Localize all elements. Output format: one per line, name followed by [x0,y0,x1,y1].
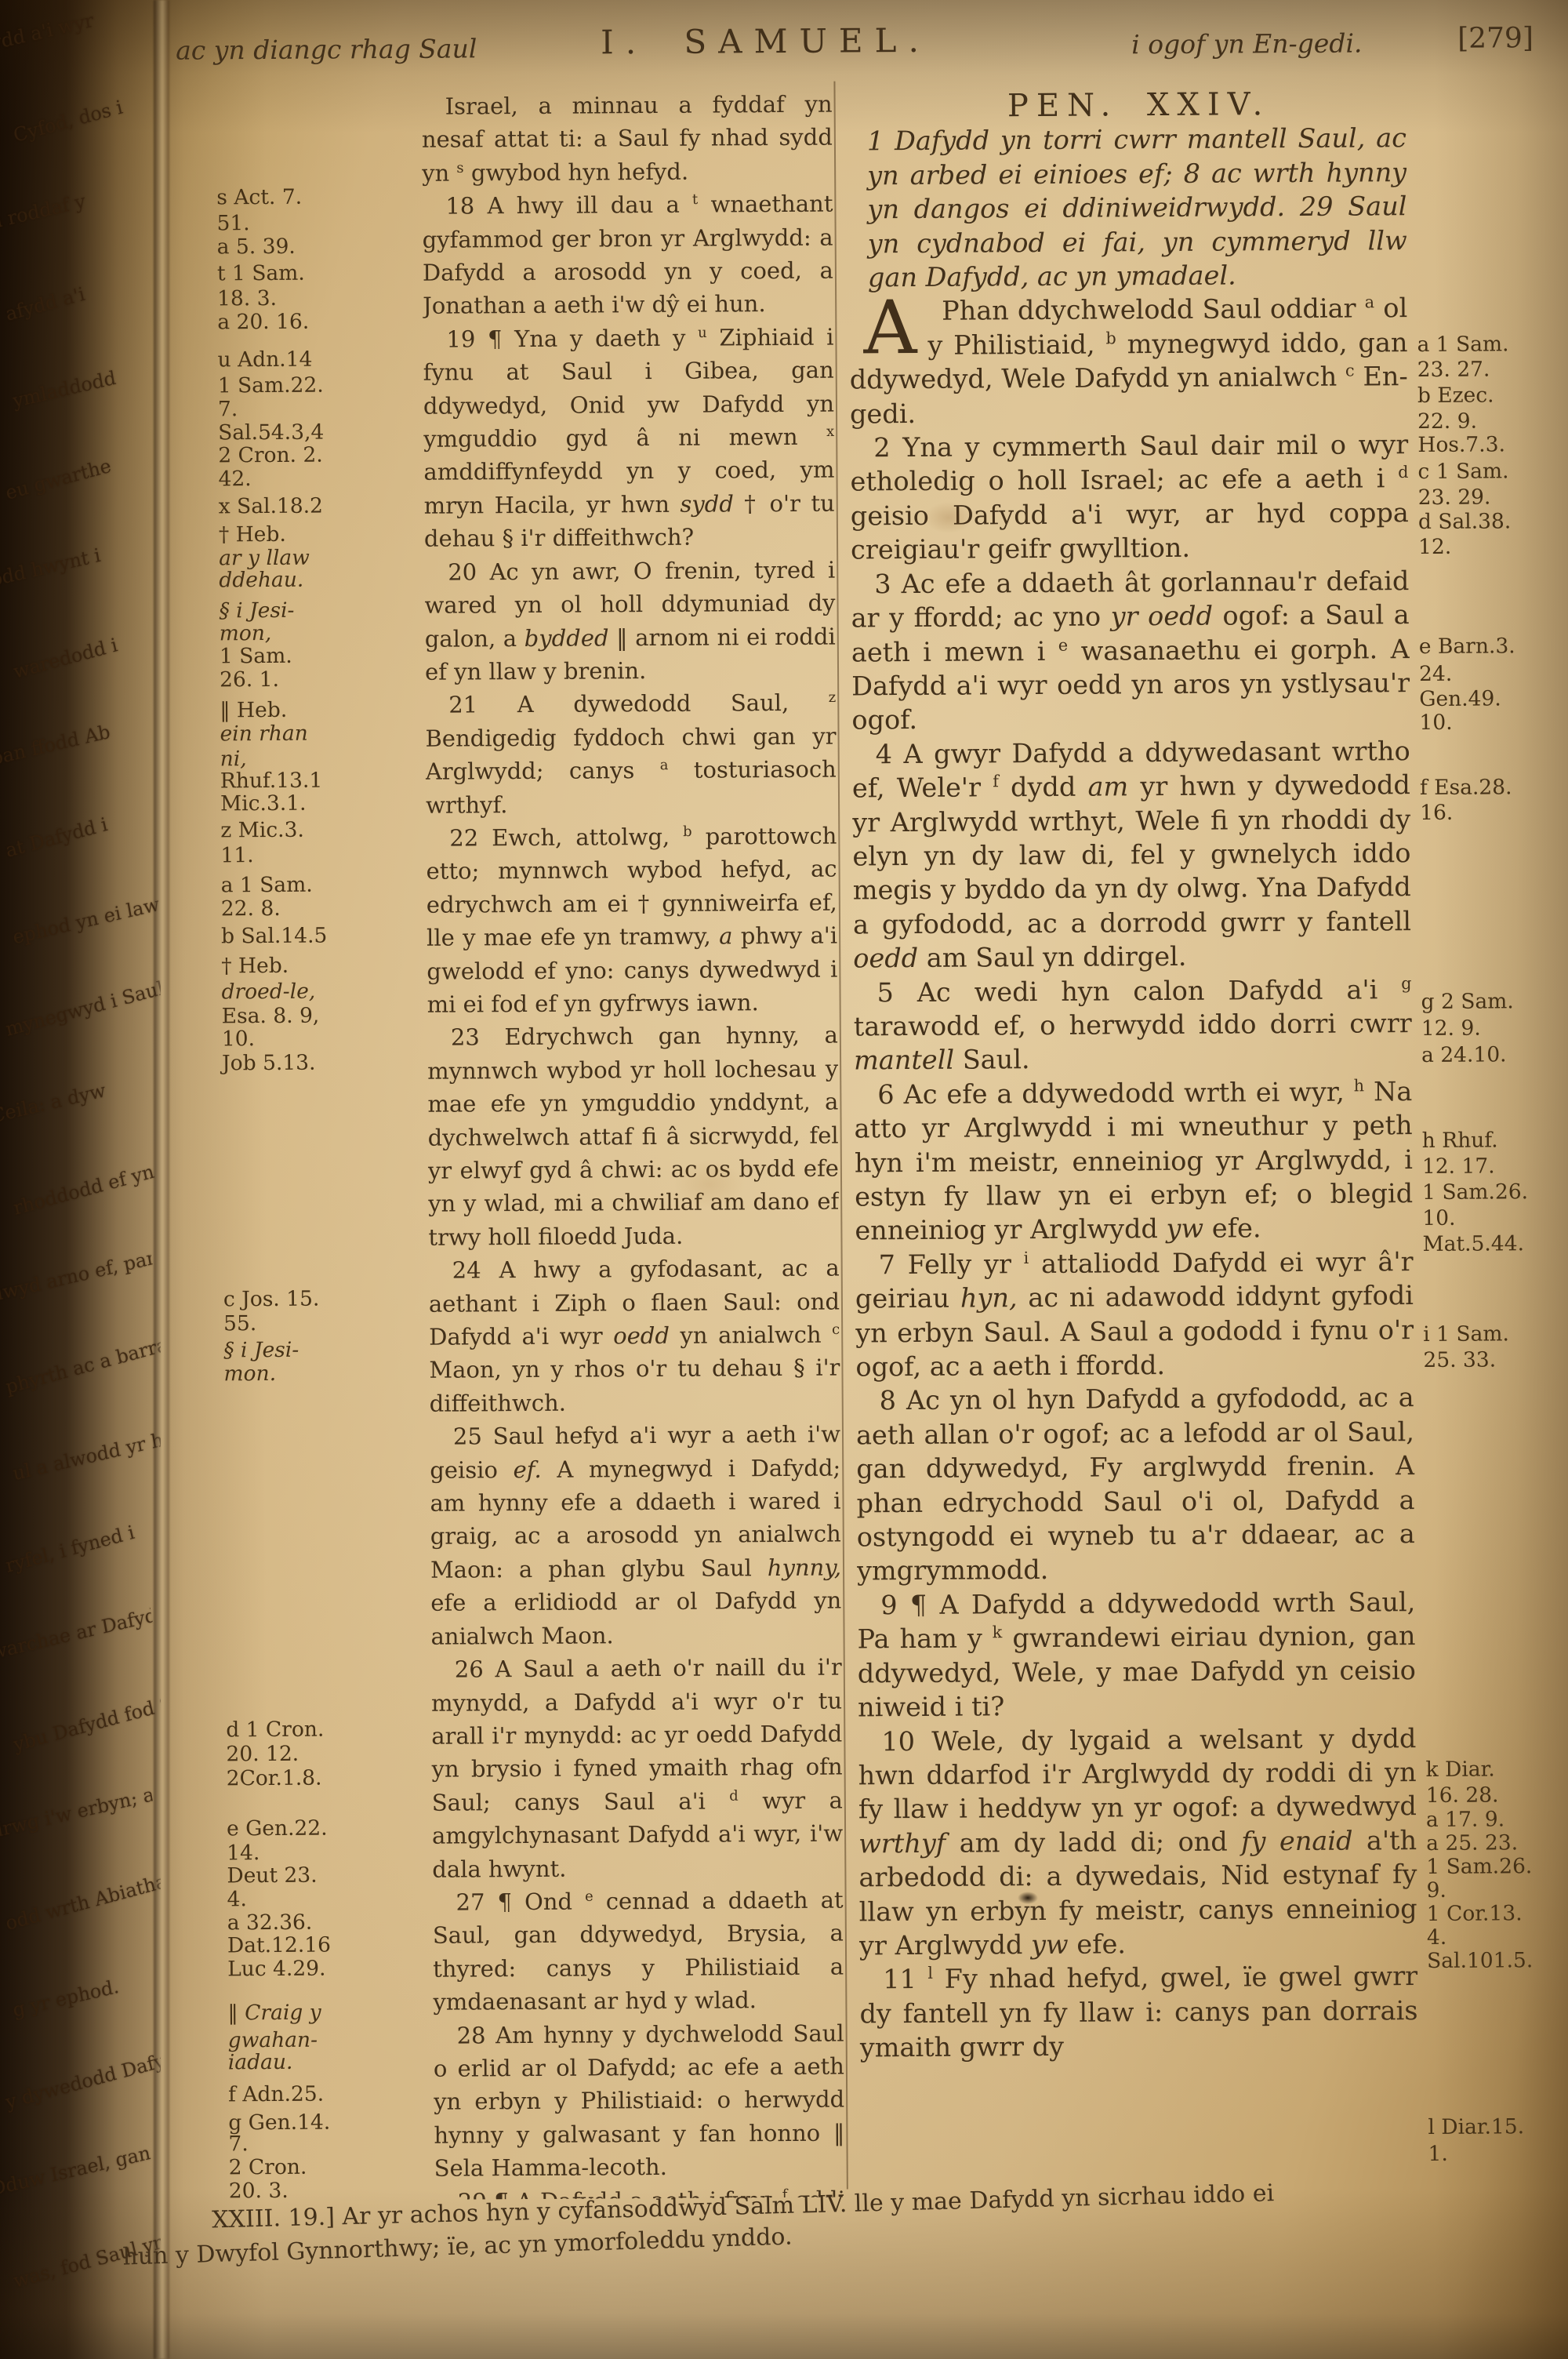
margin-note: c Jos. 15. [223,1288,320,1312]
margin-note: g 2 Sam. [1421,990,1514,1014]
margin-note: Sal.54.3,4 [218,421,324,445]
margin-note: gwahan- [228,2029,318,2053]
page-content: ac yn diangc rhag Saul I. SAMUEL. i ogof… [0,0,1568,2359]
verse-paragraph: 4 A gwyr Dafydd a ddywedasant wrtho ef, … [852,734,1412,976]
verse-paragraph: 23 Edrychwch gan hynny, a mynnwch wybod … [427,1019,840,1254]
margin-note: Mic.3.1. [220,792,307,816]
book-page-scan: ydd a'i wyrCyfod, dos ia roddaf yafydd a… [0,0,1568,2359]
left-text-column: Israel, a minnau a fyddaf yn nesaf attat… [422,88,845,2200]
margin-note: 1 Cor.13. [1427,1902,1523,1926]
margin-note: a 25. 23. [1426,1831,1518,1856]
margin-note: § i Jesi- [223,1339,299,1363]
verse-paragraph: 7 Felly yr i attaliodd Dafydd ei wyr â'r… [855,1245,1414,1384]
margin-note: c 1 Sam. [1417,460,1508,484]
margin-note: 10. [1422,1207,1455,1230]
margin-note: Mat.5.44. [1422,1232,1524,1256]
margin-note: 1 Sam. [220,645,292,669]
margin-note: ‖ Craig y [227,2001,321,2026]
margin-note: u Adn.14 [218,348,313,373]
verse-paragraph: 9 ¶ A Dafydd a ddywedodd wrth Saul, Pa h… [857,1585,1416,1725]
margin-note: f Adn.25. [228,2083,324,2107]
margin-note: f Esa.28. [1420,776,1512,800]
margin-note: Luc 4.29. [227,1957,326,1982]
verse-paragraph: 24 A hwy a gyfodasant, ac a aethant i Zi… [429,1252,840,1420]
margin-note: mon, [220,622,272,645]
margin-note: ein rhan [220,722,307,747]
margin-note: Job 5.13. [222,1052,316,1076]
margin-note: a 1 Sam. [221,874,313,898]
running-header-left: ac yn diangc rhag Saul [176,33,477,65]
margin-note: 25. 33. [1423,1348,1496,1372]
margin-note: 51. [216,212,249,235]
margin-note: d Sal.38. [1418,510,1512,534]
margin-note: § i Jesi- [219,599,294,623]
margin-note: droed-le, [221,980,315,1005]
margin-note: † Heb. [221,954,289,979]
margin-note: Hos.7.3. [1417,433,1505,457]
margin-note: 4. [227,1888,247,1911]
margin-note: † Heb. [219,523,286,547]
margin-note: e Barn.3. [1419,634,1515,659]
page-number: [279] [1457,22,1534,55]
margin-note: ddehau. [219,569,303,593]
margin-note: 23. 27. [1417,358,1490,382]
margin-note: i 1 Sam. [1423,1322,1509,1347]
margin-note: 18. 3. [217,287,277,311]
verse-paragraph: 22 Ewch, attolwg, b parottowch etto; myn… [426,820,838,1022]
right-text-column: PEN. XXIV. 1 Dafydd yn torri cwrr mantel… [848,87,1420,2228]
margin-note: 12. 17. [1422,1154,1495,1179]
margin-note: k Diar. [1426,1757,1495,1782]
margin-note: 20. 3. [229,2179,289,2203]
margin-note: Sal.101.5. [1427,1949,1533,1973]
margin-note: 7. [228,2132,248,2156]
margin-note: 10. [222,1027,255,1051]
margin-note: ni, [220,747,247,771]
margin-note: Rhuf.13.1 [220,769,323,794]
margin-note: x Sal.18.2 [219,495,323,519]
margin-note: ar y llaw [219,547,310,571]
margin-note: ‖ Heb. [220,699,287,723]
margin-note: 16. [1420,801,1453,825]
margin-note: 9. [1426,1879,1446,1903]
margin-note: 22. 8. [221,897,281,921]
verse-paragraph: 19 ¶ Yna y daeth y u Ziphiaid i fynu at … [423,320,835,555]
margin-note: a 1 Sam. [1417,333,1508,357]
margin-note: 42. [218,467,251,491]
margin-note: 4. [1427,1926,1446,1950]
margin-note: b Sal.14.5 [221,925,327,949]
margin-note: a 5. 39. [217,235,296,260]
verse-paragraph: 5 Ac wedi hyn calon Dafydd a'i g tarawod… [853,972,1412,1078]
margin-note: Dat.12.16 [227,1934,331,1958]
verse-paragraph: 27 ¶ Ond e cennad a ddaeth at Saul, gan … [432,1883,844,2019]
margin-note: mon. [223,1362,276,1386]
margin-note: t 1 Sam. [217,262,305,286]
verse-paragraph: 11 l Fy nhad hefyd, gwel, ïe gwel gwrr d… [859,1959,1418,2065]
margin-note: 2 Cron. 2. [218,444,323,468]
margin-note: l Diar.15. [1428,2115,1524,2139]
margin-note: 7. [218,398,238,421]
verse-paragraph: 21 A dywedodd Saul, z Bendigedig fyddoch… [425,686,837,822]
margin-note: a 17. 9. [1426,1808,1504,1832]
margin-note: Esa. 8. 9, [222,1005,320,1029]
margin-note: 20. 12. [226,1743,299,1767]
margin-note: a 32.36. [227,1911,313,1936]
margin-note: b Ezec. [1417,383,1494,408]
margin-note: g Gen.14. [228,2111,330,2135]
margin-note: 12. [1418,536,1451,559]
margin-note: 26. 1. [220,668,279,692]
chapter-heading: PEN. XXIV. [848,87,1406,125]
margin-note: 2Cor.1.8. [227,1767,322,1791]
margin-note: 55. [223,1312,256,1336]
chapter-summary: 1 Dafydd yn torri cwrr mantell Saul, ac … [848,122,1407,295]
verse-paragraph: 3 Ac efe a ddaeth ât gorlannau'r defaid … [851,564,1410,737]
verse-paragraph: 6 Ac efe a ddywedodd wrth ei wyr, h Na a… [854,1074,1413,1248]
running-header-book-title: I. SAMUEL. [601,21,931,62]
margin-note: 1 Sam.22. [218,374,324,398]
verse-paragraph: 2 Yna y cymmerth Saul dair mil o wyr eth… [850,427,1409,567]
margin-note: a 20. 16. [217,311,309,335]
margin-note: 23. 29. [1418,485,1491,510]
verse-paragraph: 25 Saul hefyd a'i wyr a aeth i'w geisio … [430,1418,842,1653]
margin-note: Deut 23. [227,1864,317,1888]
margin-note: 24. [1419,663,1452,686]
margin-note: 12. 9. [1421,1017,1481,1041]
margin-note: 22. 9. [1417,410,1477,434]
margin-note: 10. [1419,711,1452,735]
verse-paragraph: 28 Am hynny y dychwelodd Saul o erlid ar… [434,2016,845,2185]
margin-note: 16. 28. [1426,1783,1499,1808]
margin-note: 14. [227,1841,260,1865]
margin-note: 1 Sam.26. [1422,1180,1528,1205]
margin-note: 1 Sam.26. [1426,1855,1532,1879]
margin-note: Gen.49. [1419,687,1501,711]
margin-note: d 1 Cron. [226,1718,324,1743]
verse-paragraph: APhan ddychwelodd Saul oddiar a ol y Phi… [849,292,1408,431]
running-header-right: i ogof yn En-gedi. [1131,27,1363,60]
margin-note: s Act. 7. [216,186,302,210]
margin-note: 11. [220,844,253,867]
verse-paragraph: 26 A Saul a aeth o'r naill du i'r mynydd… [431,1651,844,1886]
verse-paragraph: 8 Ac yn ol hyn Dafydd a gyfododd, ac a a… [856,1381,1416,1589]
margin-note: e Gen.22. [227,1817,328,1841]
margin-note: h Rhuf. [1422,1129,1498,1153]
verse-paragraph: 20 Ac yn awr, O frenin, tyred i wared yn… [424,553,836,689]
verse-paragraph: Israel, a minnau a fyddaf yn nesaf attat… [422,88,833,190]
verse-paragraph: 18 A hwy ill dau a t wnaethant gyfammod … [422,187,833,323]
margin-note: a 24.10. [1421,1043,1507,1067]
margin-note: iadau. [228,2051,293,2075]
margin-note: z Mic.3. [220,819,304,843]
verse-paragraph: 10 Wele, dy lygaid a welsant y dydd hwn … [858,1721,1417,1963]
margin-note: 1. [1428,2143,1448,2166]
margin-note: 2 Cron. [229,2156,307,2180]
